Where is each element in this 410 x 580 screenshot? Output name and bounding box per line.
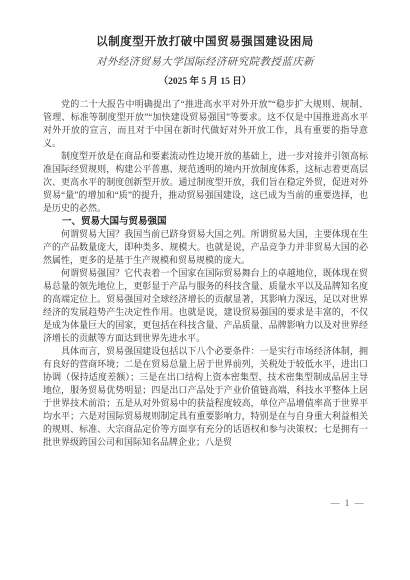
document-author: 对外经济贸易大学国际经济研究院教授蓝庆新	[0, 54, 410, 69]
paragraph-intro-1: 党的二十大报告中明确提出了“推进高水平对外开放”“稳步扩大规则、规制、管理、标准…	[43, 98, 368, 150]
document-page: 以制度型开放打破中国贸易强国建设困局 对外经济贸易大学国际经济研究院教授蓝庆新 …	[0, 0, 410, 580]
paragraph-intro-2: 制度型开放是在商品和要素流动性边境开放的基础上，进一步对接并引领高标准国际经贸规…	[43, 150, 368, 215]
document-title: 以制度型开放打破中国贸易强国建设困局	[0, 33, 410, 49]
section-heading-1: 一、贸易大国与贸易强国	[43, 215, 368, 228]
document-body: 党的二十大报告中明确提出了“推进高水平对外开放”“稳步扩大规则、规制、管理、标准…	[43, 98, 368, 449]
paragraph-eight-conditions: 具体而言，贸易强国建设包括以下八个必要条件：一是实行市场经济体制，拥有良好的营商…	[43, 345, 368, 449]
document-header: 以制度型开放打破中国贸易强国建设困局 对外经济贸易大学国际经济研究院教授蓝庆新 …	[0, 0, 410, 87]
page-number: — 1 —	[331, 498, 366, 508]
paragraph-trade-large-nation: 何谓贸易大国？我国当前已跻身贸易大国之列。所谓贸易大国，主要体现在生产的产品数量…	[43, 228, 368, 267]
document-date: （2025 年 5 月 15 日）	[0, 73, 410, 87]
paragraph-trade-strong-nation: 何谓贸易强国？它代表着一个国家在国际贸易舞台上的卓越地位，既体现在贸易总量的领先…	[43, 267, 368, 345]
